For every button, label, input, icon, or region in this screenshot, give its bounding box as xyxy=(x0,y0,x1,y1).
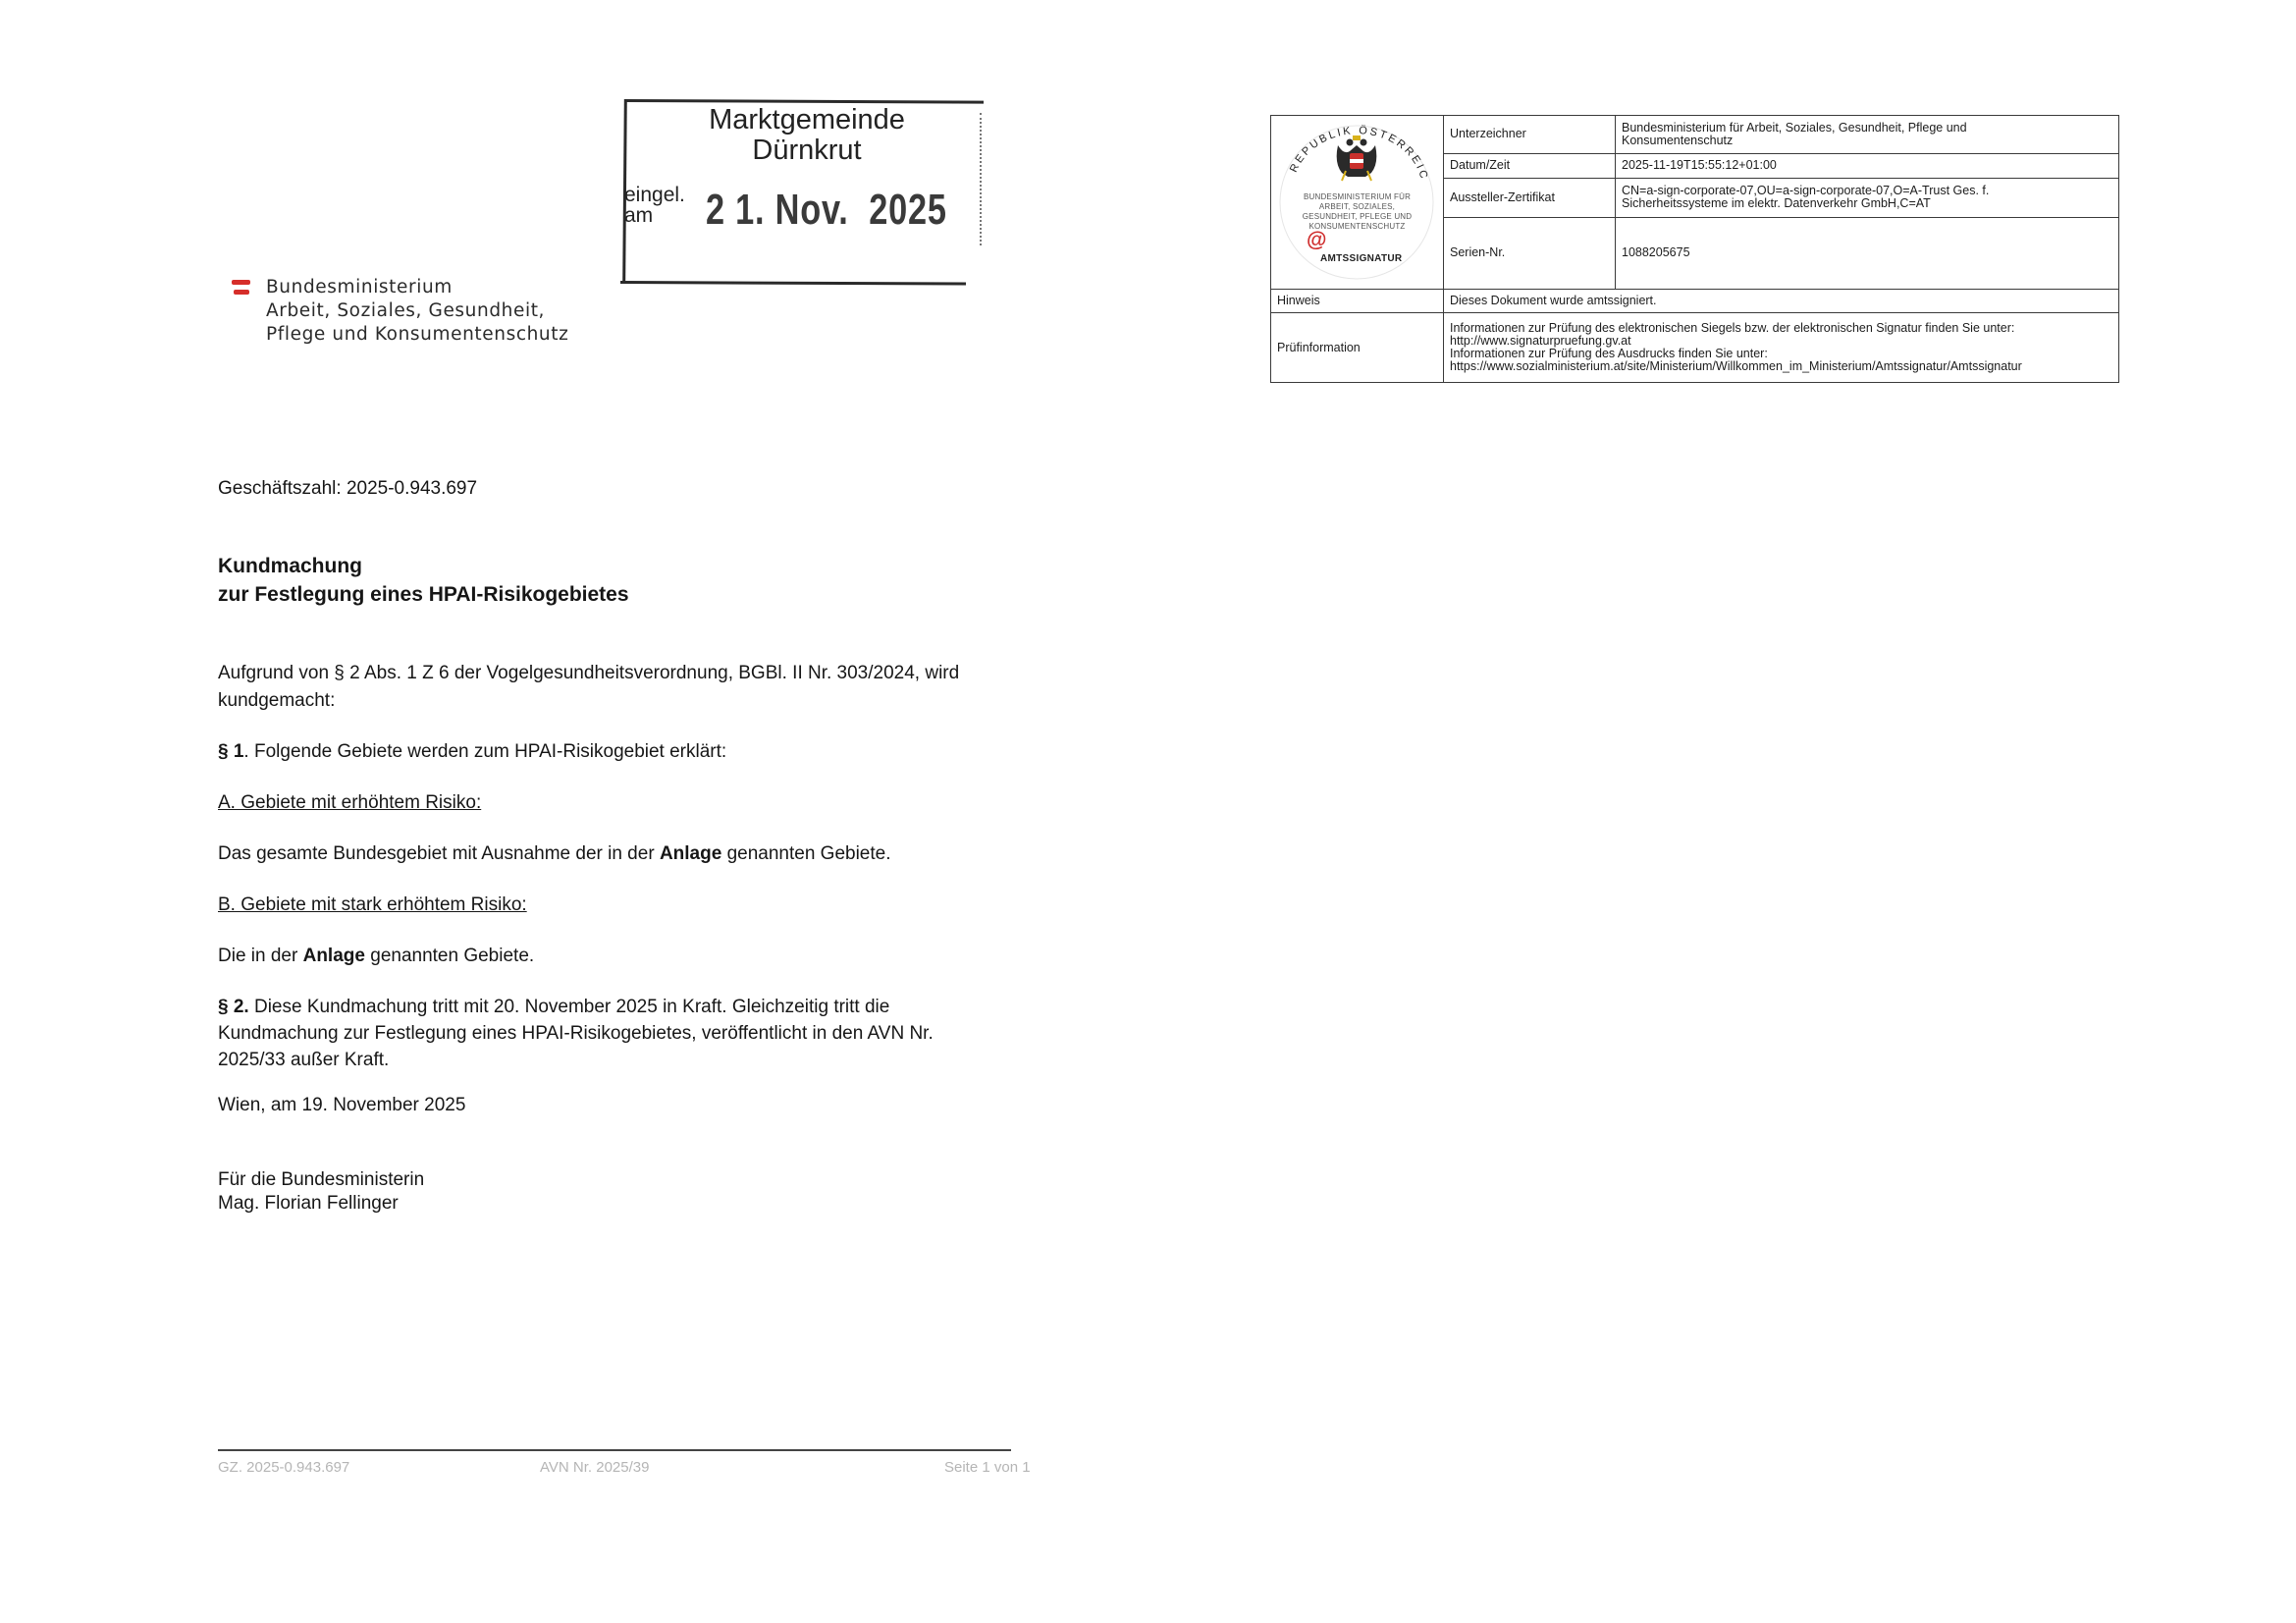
section-2-marker: § 2. xyxy=(218,997,249,1017)
ministry-name-line2: Arbeit, Soziales, Gesundheit, xyxy=(266,299,568,323)
area-a-text-after: genannten Gebiete. xyxy=(721,843,890,864)
signature-value: 2025-11-19T15:55:12+01:00 xyxy=(1616,153,2119,178)
seal-ministry-line3: GESUNDHEIT, PFLEGE UND xyxy=(1277,212,1437,222)
signer-line2: Konsumentenschutz xyxy=(1622,135,2112,147)
official-seal: REPUBLIK ÖSTERREICH BUNDESMINISTERIUM FÜ… xyxy=(1271,116,1444,290)
ministry-name-line1: Bundesministerium xyxy=(266,276,568,299)
signature-label: Hinweis xyxy=(1271,290,1444,313)
place-date: Wien, am 19. November 2025 xyxy=(218,1095,465,1116)
area-b-text-before: Die in der xyxy=(218,946,303,966)
document-title-line1: Kundmachung xyxy=(218,552,629,580)
signature-block: REPUBLIK ÖSTERREICH BUNDESMINISTERIUM FÜ… xyxy=(1270,115,2119,383)
stamp-border-top xyxy=(624,99,984,104)
signature-label: Unterzeichner xyxy=(1444,116,1616,154)
document-title: Kundmachung zur Festlegung eines HPAI-Ri… xyxy=(218,552,629,609)
stamp-border-right xyxy=(980,113,982,245)
certificate-line2: Sicherheitssysteme im elektr. Datenverke… xyxy=(1622,197,2112,210)
stamp-received-label-line1: eingel. xyxy=(624,185,685,205)
signature-value: Informationen zur Prüfung des elektronis… xyxy=(1444,313,2119,383)
section-2-line2: Kundmachung zur Festlegung eines HPAI-Ri… xyxy=(218,1020,934,1047)
stamp-received-date: 2 1. Nov. 2025 xyxy=(706,186,947,235)
stamp-organisation: Marktgemeinde Dürnkrut xyxy=(660,105,954,166)
signature-label: Datum/Zeit xyxy=(1444,153,1616,178)
signature-row-note: Hinweis Dieses Dokument wurde amtssignie… xyxy=(1271,290,2119,313)
signatory-line1: Für die Bundesministerin xyxy=(218,1168,424,1192)
stamp-organisation-line2: Dürnkrut xyxy=(660,135,954,166)
section-2-line3: 2025/33 außer Kraft. xyxy=(218,1047,934,1073)
preamble-line2: kundgemacht: xyxy=(218,687,959,715)
reference-number: Geschäftszahl: 2025-0.943.697 xyxy=(218,478,477,500)
seal-ministry-name: BUNDESMINISTERIUM FÜR ARBEIT, SOZIALES, … xyxy=(1277,192,1437,232)
section-2: § 2. Diese Kundmachung tritt mit 20. Nov… xyxy=(218,994,934,1073)
area-b-text: Die in der Anlage genannten Gebiete. xyxy=(218,946,534,967)
signatory-line2: Mag. Florian Fellinger xyxy=(218,1192,424,1216)
signature-label: Prüfinformation xyxy=(1271,313,1444,383)
signature-value: Dieses Dokument wurde amtssigniert. xyxy=(1444,290,2119,313)
area-a-text: Das gesamte Bundesgebiet mit Ausnahme de… xyxy=(218,843,891,865)
signature-value: CN=a-sign-corporate-07,OU=a-sign-corpora… xyxy=(1616,179,2119,218)
section-1-text: . Folgende Gebiete werden zum HPAI-Risik… xyxy=(243,741,726,762)
signatory: Für die Bundesministerin Mag. Florian Fe… xyxy=(218,1168,424,1216)
seal-ministry-line2: ARBEIT, SOZIALES, xyxy=(1277,202,1437,212)
signature-value: 1088205675 xyxy=(1616,217,2119,289)
preamble: Aufgrund von § 2 Abs. 1 Z 6 der Vogelges… xyxy=(218,660,959,715)
area-a-annex-ref: Anlage xyxy=(660,843,721,864)
footer-page-number: Seite 1 von 1 xyxy=(944,1459,1031,1476)
footer-reference: GZ. 2025-0.943.697 xyxy=(218,1459,349,1476)
at-sign-icon: @ xyxy=(1307,234,1326,246)
area-b-annex-ref: Anlage xyxy=(303,946,365,966)
ministry-name: Bundesministerium Arbeit, Soziales, Gesu… xyxy=(266,276,568,347)
stamp-organisation-line1: Marktgemeinde xyxy=(660,105,954,135)
austria-flag-icon xyxy=(232,280,250,299)
area-a-text-before: Das gesamte Bundesgebiet mit Ausnahme de… xyxy=(218,843,660,864)
seal-ministry-line4: KONSUMENTENSCHUTZ xyxy=(1277,222,1437,232)
signature-label: Serien-Nr. xyxy=(1444,217,1616,289)
stamp-received-label-line2: am xyxy=(624,205,685,226)
section-2-line1: Diese Kundmachung tritt mit 20. November… xyxy=(249,997,890,1017)
footer-avn-number: AVN Nr. 2025/39 xyxy=(540,1459,649,1476)
area-b-text-after: genannten Gebiete. xyxy=(365,946,534,966)
signature-row-signer: REPUBLIK ÖSTERREICH BUNDESMINISTERIUM FÜ… xyxy=(1271,116,2119,154)
austrian-eagle-icon xyxy=(1337,135,1377,181)
area-b-heading: B. Gebiete mit stark erhöhtem Risiko: xyxy=(218,894,527,916)
stamp-border-bottom xyxy=(620,281,966,286)
signature-row-verification: Prüfinformation Informationen zur Prüfun… xyxy=(1271,313,2119,383)
area-a-heading: A. Gebiete mit erhöhtem Risiko: xyxy=(218,792,481,814)
signature-label: Aussteller-Zertifikat xyxy=(1444,179,1616,218)
ministry-name-line3: Pflege und Konsumentenschutz xyxy=(266,323,568,347)
document-title-line2: zur Festlegung eines HPAI-Risikogebietes xyxy=(218,580,629,609)
signer-line1: Bundesministerium für Arbeit, Soziales, … xyxy=(1622,122,2112,135)
section-1: § 1. Folgende Gebiete werden zum HPAI-Ri… xyxy=(218,741,726,763)
verification-link-printout[interactable]: https://www.sozialministerium.at/site/Mi… xyxy=(1450,360,2112,373)
preamble-line1: Aufgrund von § 2 Abs. 1 Z 6 der Vogelges… xyxy=(218,660,959,687)
footer-divider xyxy=(218,1449,1011,1451)
seal-ministry-line1: BUNDESMINISTERIUM FÜR xyxy=(1277,192,1437,202)
stamp-received-label: eingel. am xyxy=(624,185,685,226)
seal-label: AMTSSIGNATUR xyxy=(1320,252,1402,265)
signature-value: Bundesministerium für Arbeit, Soziales, … xyxy=(1616,116,2119,154)
received-stamp: Marktgemeinde Dürnkrut eingel. am 2 1. N… xyxy=(620,99,986,284)
section-1-marker: § 1 xyxy=(218,741,243,762)
